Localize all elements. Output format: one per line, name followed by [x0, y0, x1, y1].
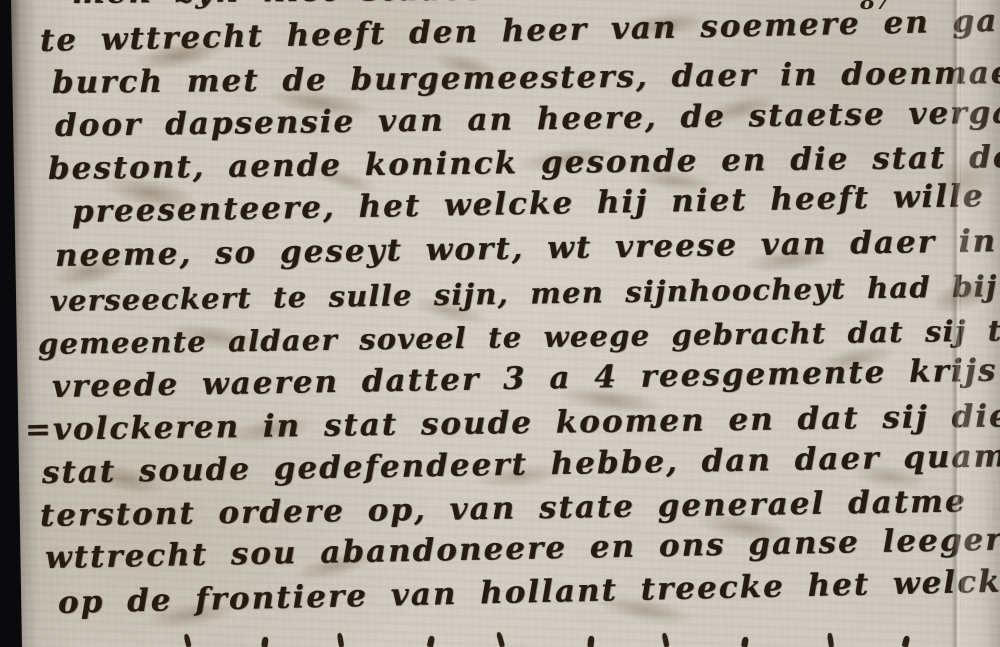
manuscript-scan: 87 men zyn niet stades wee te wttrecht h…	[0, 0, 1000, 647]
manuscript-line: men zyn niet stades wee	[72, 0, 580, 12]
page-right-margin-strip	[961, 0, 1000, 647]
manuscript-paper: 87 men zyn niet stades wee te wttrecht h…	[0, 0, 1000, 647]
page-fold-crease	[951, 0, 961, 647]
manuscript-line: verseeckert te sulle sijn, men sijnhooch…	[50, 266, 1000, 320]
